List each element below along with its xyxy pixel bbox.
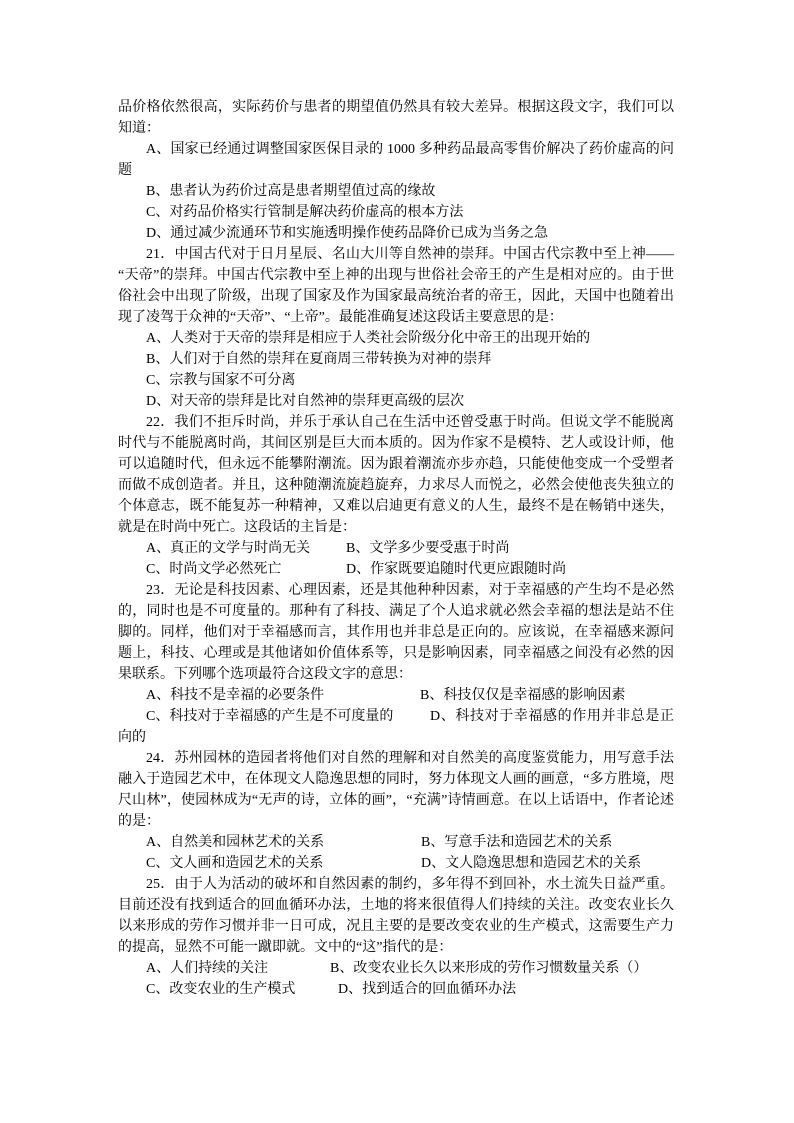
q20-option-b: B、患者认为药价过高是患者期望值过高的缘故 xyxy=(118,181,674,202)
q21-option-a: A、人类对于天帝的崇拜是相应于人类社会阶级分化中帝王的出现开始的 xyxy=(118,328,674,349)
q25-option-d: D、找到适合的回血循环办法 xyxy=(338,982,516,997)
document-body: 品价格依然很高，实际药价与患者的期望值仍然具有较大差异。根据这段文字，我们可以知… xyxy=(118,97,674,1000)
q20-option-a: A、国家已经通过调整国家医保目录的 1000 多种药品最高零售价解决了药价虚高的… xyxy=(118,139,674,181)
q25-options-row-ab: A、人们持续的关注B、改变农业长久以来形成的劳作习惯数量关系（） xyxy=(118,958,674,979)
q23-option-a: A、科技不是幸福的必要条件 xyxy=(146,685,420,706)
q21-option-c: C、宗教与国家不可分离 xyxy=(118,370,674,391)
q22-options-row-ab: A、真正的文学与时尚无关B、文学多少要受惠于时尚 xyxy=(118,538,674,559)
q23-options-row-ab: A、科技不是幸福的必要条件B、科技仅仅是幸福感的影响因素 xyxy=(118,685,674,706)
q23-options-row-cd: C、科技对于幸福感的产生是不可度量的D、科技对于幸福感的作用并非总是正向的 xyxy=(118,706,674,748)
q22-option-b: B、文学多少要受惠于时尚 xyxy=(346,541,509,556)
q21-option-b: B、人们对于自然的崇拜在夏商周三带转换为对神的崇拜 xyxy=(118,349,674,370)
q23-option-c: C、科技对于幸福感的产生是不可度量的 xyxy=(146,706,430,727)
q25-option-b: B、改变农业长久以来形成的劳作习惯数量关系（） xyxy=(330,961,647,976)
q22-stem: 22．我们不拒斥时尚，并乐于承认自己在生活中还曾受惠于时尚。但说文学不能脱离时代… xyxy=(118,412,674,538)
q23-option-b: B、科技仅仅是幸福感的影响因素 xyxy=(420,688,625,703)
q23-stem: 23．无论是科技因素、心理因素，还是其他种种因素，对于幸福感的产生均不是必然的，… xyxy=(118,580,674,685)
q25-option-c: C、改变农业的生产模式 xyxy=(146,979,338,1000)
q24-stem: 24．苏州园林的造园者将他们对自然的理解和对自然美的高度鉴赏能力，用写意手法融入… xyxy=(118,748,674,832)
document-page: 品价格依然很高，实际药价与患者的期望值仍然具有较大差异。根据这段文字，我们可以知… xyxy=(0,0,794,1123)
q24-options-row-cd: C、文人画和造园艺术的关系D、文人隐逸思想和造园艺术的关系 xyxy=(118,853,674,874)
q25-options-row-cd: C、改变农业的生产模式D、找到适合的回血循环办法 xyxy=(118,979,674,1000)
q21-stem: 21．中国古代对于日月星辰、名山大川等自然神的崇拜。中国古代宗教中至上神——“天… xyxy=(118,244,674,328)
q22-option-a: A、真正的文学与时尚无关 xyxy=(146,538,346,559)
q24-options-row-ab: A、自然美和园林艺术的关系B、写意手法和造园艺术的关系 xyxy=(118,832,674,853)
q22-option-c: C、时尚文学必然死亡 xyxy=(146,559,346,580)
q24-option-a: A、自然美和园林艺术的关系 xyxy=(146,832,421,853)
q24-option-c: C、文人画和造园艺术的关系 xyxy=(146,853,421,874)
q25-option-a: A、人们持续的关注 xyxy=(146,958,330,979)
q24-option-b: B、写意手法和造园艺术的关系 xyxy=(421,835,612,850)
q22-options-row-cd: C、时尚文学必然死亡D、作家既要追随时代更应跟随时尚 xyxy=(118,559,674,580)
q24-option-d: D、文人隐逸思想和造园艺术的关系 xyxy=(421,856,641,871)
q22-option-d: D、作家既要追随时代更应跟随时尚 xyxy=(346,562,566,577)
q20-stem-continuation: 品价格依然很高，实际药价与患者的期望值仍然具有较大差异。根据这段文字，我们可以知… xyxy=(118,97,674,139)
q20-option-c: C、对药品价格实行管制是解决药价虚高的根本方法 xyxy=(118,202,674,223)
q21-option-d: D、对天帝的崇拜是比对自然神的崇拜更高级的层次 xyxy=(118,391,674,412)
q25-stem: 25．由于人为活动的破坏和自然因素的制约，多年得不到回补，水土流失日益严重。目前… xyxy=(118,874,674,958)
q20-option-d: D、通过减少流通环节和实施透明操作使药品降价已成为当务之急 xyxy=(118,223,674,244)
